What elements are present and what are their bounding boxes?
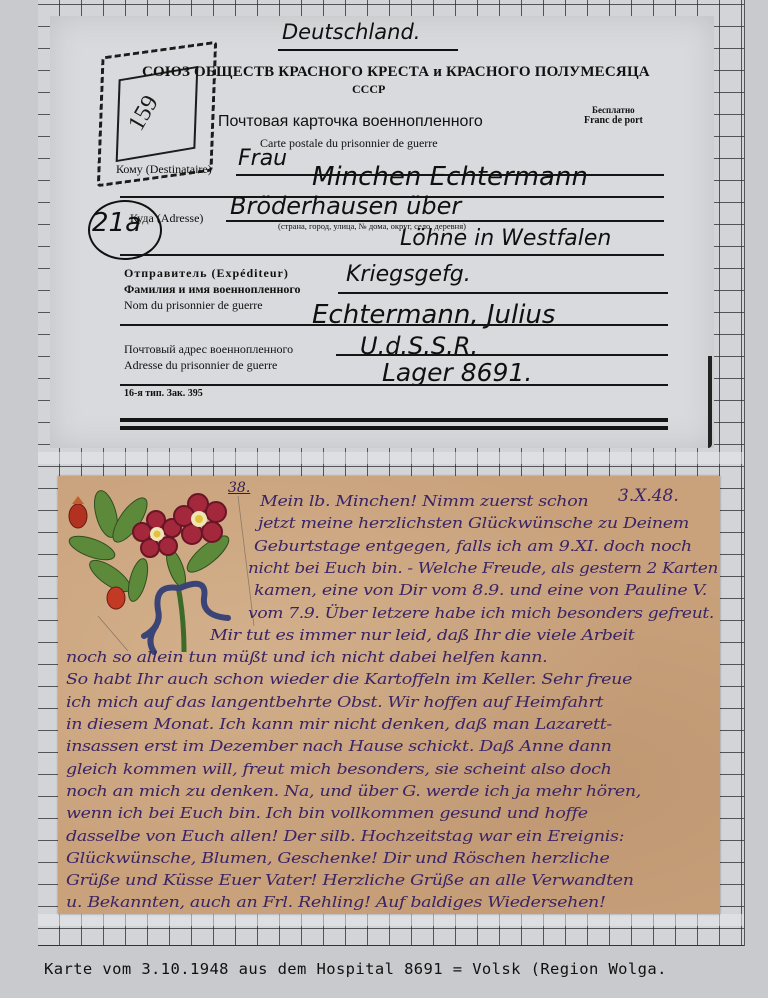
- recipient-line2: Minchen Echtermann: [312, 162, 588, 192]
- address-line2: Löhne in Westfalen: [400, 226, 611, 251]
- letter-line: insassen erst im Dezember nach Hause sch…: [66, 737, 611, 755]
- letter-line: wenn ich bei Euch bin. Ich bin vollkomme…: [66, 804, 588, 822]
- letter-line: kamen, eine von Dir vom 8.9. und eine vo…: [254, 581, 707, 599]
- letter-line: vom 7.9. Über letzere habe ich mich beso…: [248, 604, 714, 622]
- letter-line: ich mich auf das langentbehrte Obst. Wir…: [66, 693, 603, 711]
- letter-line: So habt Ihr auch schon wieder die Kartof…: [66, 670, 632, 688]
- letter-line: nicht bei Euch bin. - Welche Freude, als…: [248, 559, 718, 577]
- letter-line: dasselbe von Euch allen! Der silb. Hochz…: [66, 827, 624, 845]
- letter-line: jetzt meine herzlichsten Glückwünsche zu…: [258, 514, 689, 532]
- form-line: [120, 254, 664, 256]
- letter-line: Mein lb. Minchen! Nimm zuerst schon: [260, 492, 588, 510]
- form-number: 16-я тип. Зак. 395: [124, 388, 203, 399]
- card-edge-shadow: [708, 356, 712, 448]
- handwritten-letter-card: 38. 3.X.48. Mein lb. Minchen! Nimm zuers…: [58, 476, 720, 914]
- form-line: [120, 384, 668, 386]
- pow-postcard: Deutschland. 159 СОЮЗ ОБЩЕСТВ КРАСНОГО К…: [50, 16, 714, 448]
- org-subtitle: СССР: [352, 82, 385, 97]
- recipient-line1: Frau: [238, 146, 287, 171]
- letter-line: Mir tut es immer nur leid, daß Ihr die v…: [210, 626, 634, 644]
- sender-line1: Kriegsgefg.: [346, 262, 471, 287]
- card-title-ru: Почтовая карточка военнопленного: [218, 113, 483, 131]
- pow-address-label-ru: Почтовый адрес военнопленного: [124, 342, 293, 357]
- letter-line: noch so allein tun müßt und ich nicht da…: [66, 648, 547, 666]
- letter-line: Glückwünsche, Blumen, Geschenke! Dir und…: [66, 849, 610, 867]
- sender-label: Отправитель (Expéditeur): [124, 266, 289, 281]
- underline: [278, 49, 458, 51]
- album-caption: Karte vom 3.10.1948 aus dem Hospital 869…: [44, 960, 667, 978]
- letter-line: gleich kommen will, freut mich besonders…: [66, 760, 612, 778]
- letter-line: Grüße und Küsse Euer Vater! Herzliche Gr…: [66, 871, 634, 889]
- franchise-fr: Franc de port: [584, 115, 643, 126]
- form-line: [120, 324, 668, 326]
- franchise-ru: Бесплатно: [592, 105, 635, 115]
- pow-address-line2: Lager 8691.: [382, 358, 532, 387]
- form-double-rule: [120, 418, 668, 422]
- sender-name-label-ru: Фамилия и имя военнопленного: [124, 282, 301, 297]
- recipient-label: Кому (Destinataire): [116, 162, 212, 177]
- destination-country: Deutschland.: [282, 20, 420, 44]
- letter-line: Geburtstage entgegen, falls ich am 9.XI.…: [254, 537, 692, 555]
- form-double-rule: [120, 426, 668, 430]
- letter-body: Mein lb. Minchen! Nimm zuerst schonjetzt…: [58, 476, 720, 914]
- address-line1: Bröderhausen über: [230, 192, 461, 220]
- sender-name-label-fr: Nom du prisonnier de guerre: [124, 298, 263, 313]
- pow-address-label-fr: Adresse du prisonnier de guerre: [124, 358, 277, 373]
- mounting-strip: [38, 914, 744, 926]
- letter-line: in diesem Monat. Ich kann mir nicht denk…: [66, 715, 612, 733]
- mounting-strip: [38, 452, 744, 464]
- address-mark: 21a: [92, 208, 141, 238]
- letter-line: noch an mich zu denken. Na, und über G. …: [66, 782, 641, 800]
- form-line: [338, 292, 668, 294]
- form-line: [336, 354, 668, 356]
- letter-line: u. Bekannten, auch an Frl. Rehling! Auf …: [66, 893, 606, 911]
- org-title: СОЮЗ ОБЩЕСТВ КРАСНОГО КРЕСТА и КРАСНОГО …: [142, 64, 650, 81]
